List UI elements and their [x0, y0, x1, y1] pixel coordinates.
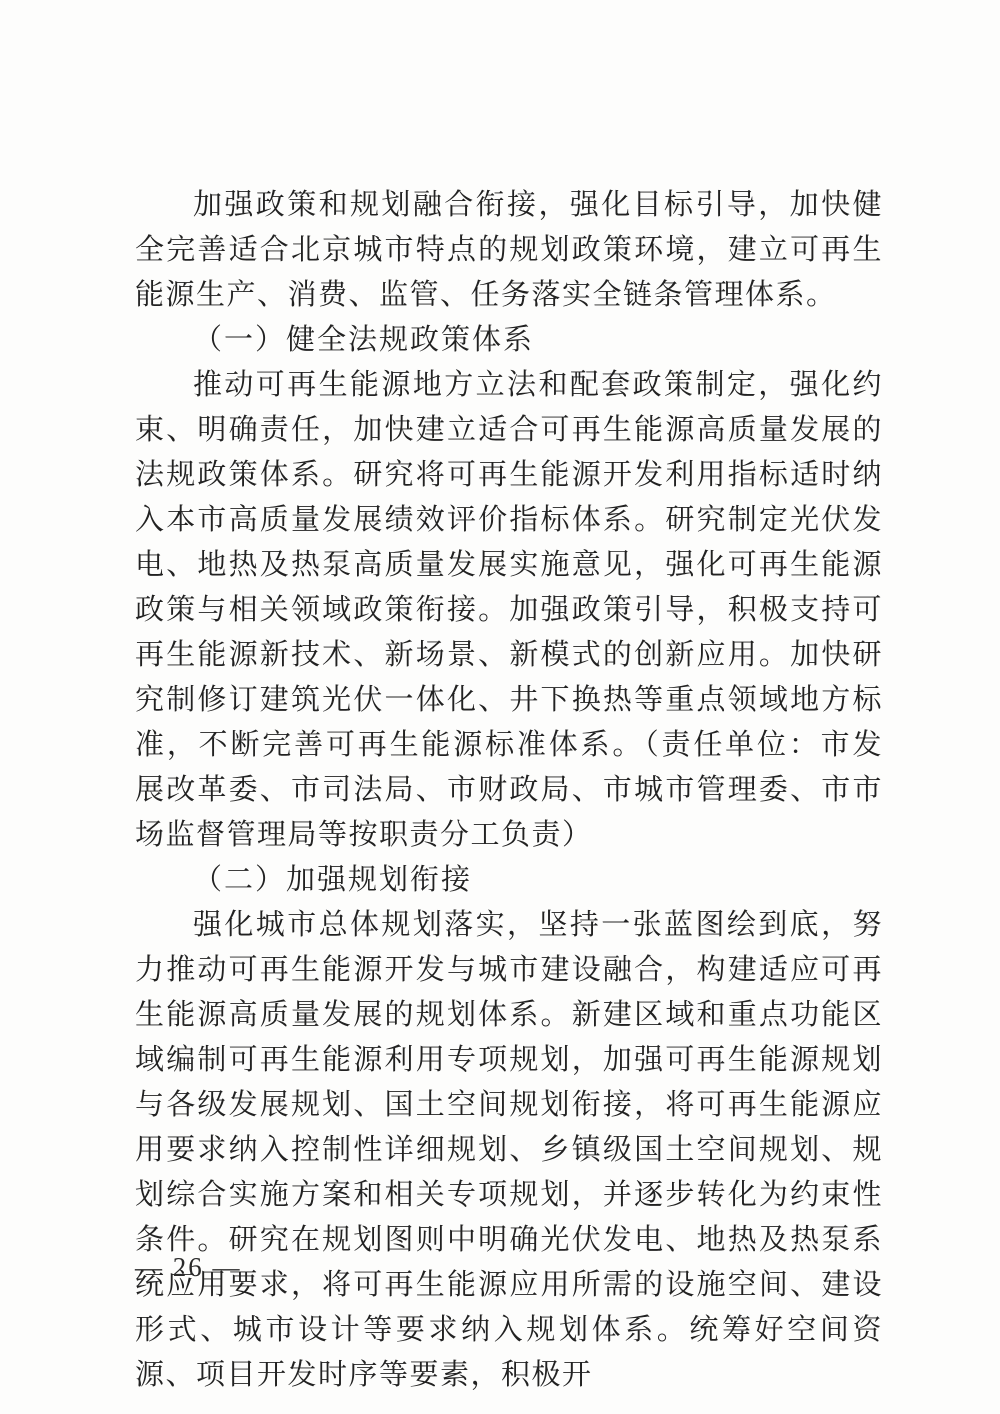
intro-paragraph: 加强政策和规划融合衔接，强化目标引导，加快健全完善适合北京城市特点的规划政策环境…: [135, 183, 883, 318]
section-2-heading: （二）加强规划衔接: [135, 858, 883, 903]
section-1-body-text: 推动可再生能源地方立法和配套政策制定，强化约束、明确责任，加快建立适合可再生能源…: [135, 369, 883, 761]
intro-paragraph-text: 加强政策和规划融合衔接，强化目标引导，加快健全完善适合北京城市特点的规划政策环境…: [135, 189, 883, 311]
section-1-heading-text: （一）健全法规政策体系: [193, 324, 534, 356]
section-1-paragraph: 推动可再生能源地方立法和配套政策制定，强化约束、明确责任，加快建立适合可再生能源…: [135, 363, 883, 858]
section-2-paragraph: 强化城市总体规划落实，坚持一张蓝图绘到底，努力推动可再生能源开发与城市建设融合，…: [135, 903, 883, 1398]
page-number: — 26 —: [135, 1252, 242, 1282]
document-page: 加强政策和规划融合衔接，强化目标引导，加快健全完善适合北京城市特点的规划政策环境…: [0, 0, 1000, 1414]
document-body: 加强政策和规划融合衔接，强化目标引导，加快健全完善适合北京城市特点的规划政策环境…: [135, 183, 883, 1398]
page-footer: — 26 —: [135, 1252, 242, 1283]
section-2-heading-text: （二）加强规划衔接: [193, 864, 472, 896]
section-1-heading: （一）健全法规政策体系: [135, 318, 883, 363]
section-2-body-text: 强化城市总体规划落实，坚持一张蓝图绘到底，努力推动可再生能源开发与城市建设融合，…: [135, 909, 883, 1391]
